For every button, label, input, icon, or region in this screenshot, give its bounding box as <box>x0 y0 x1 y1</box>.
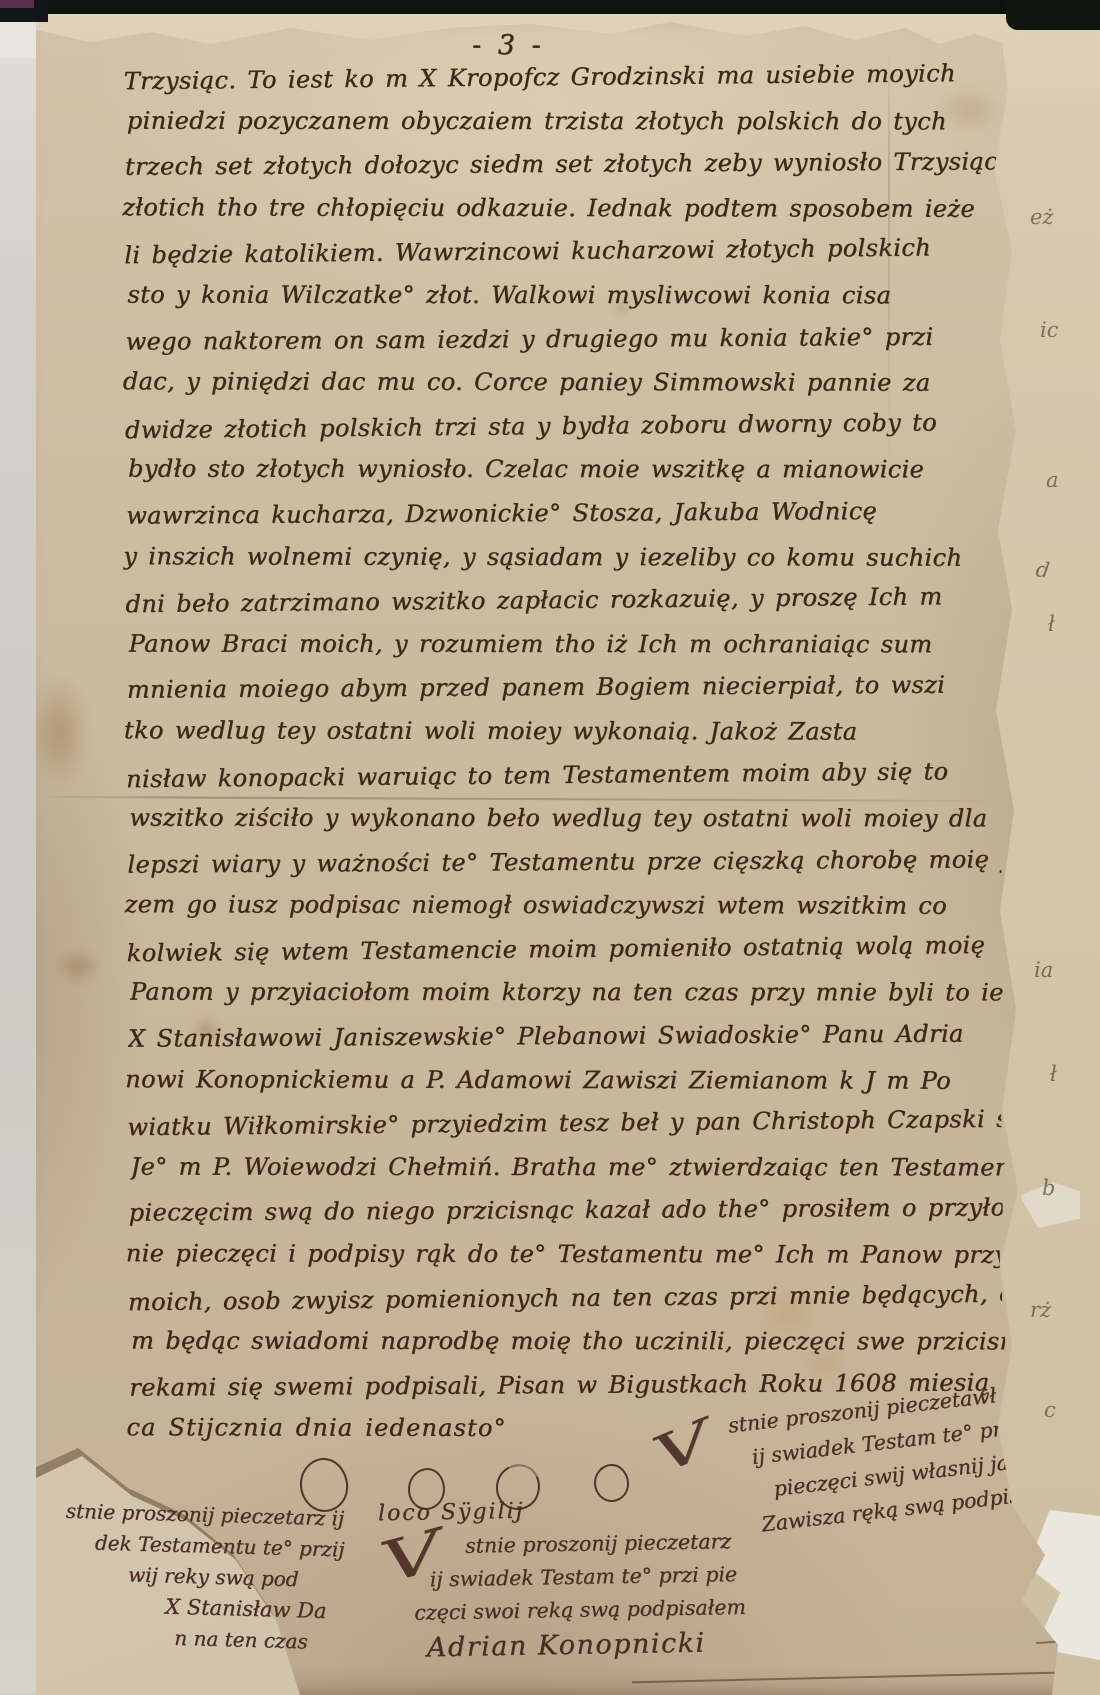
body-line: piniedzi pozyczanem obyczaiem trzista zł… <box>127 99 1001 143</box>
body-line: Trzysiąc. To iest ko m X Kropofcz Grodzi… <box>123 52 997 104</box>
body-line: dni beło zatrzimano wszitko zapłacic roz… <box>125 575 999 627</box>
body-line: złotich tho tre chłopięciu odkazuie. Ied… <box>122 186 996 231</box>
body-line: lepszi wiary y ważności te° Testamentu p… <box>127 838 1001 887</box>
body-line: wego naktorem on sam iezdzi y drugiego m… <box>125 315 999 364</box>
photo-dark-corner-right <box>1006 0 1100 30</box>
signature-line: ij swiadek Testam te° przi pie <box>429 1558 736 1596</box>
body-line: trzech set złotych dołozyc siedm set zło… <box>125 141 999 190</box>
loco-sigilli-label: loco Sÿgilij <box>378 1499 525 1527</box>
edge-text-fragment: ł <box>1050 1062 1057 1086</box>
body-line: nisław konopacki waruiąc to tem Testamen… <box>126 749 1000 801</box>
signature-block-left: stnie proszonij pieczetarz ijdek Testame… <box>62 1496 376 1660</box>
body-line: zem go iusz podpisac niemogł oswiadczyws… <box>124 884 998 929</box>
body-line: wawrzinca kucharza, Dzwonickie° Stosza, … <box>126 489 1000 538</box>
body-line: bydło sto złotych wyniosło. Czelac moie … <box>128 448 1002 492</box>
body-line: wszitko ziściło y wykonano beło wedlug t… <box>129 797 1003 841</box>
edge-text-fragment: a <box>1046 468 1059 492</box>
body-line: X Stanisławowi Janiszewskie° Plebanowi S… <box>128 1012 1002 1061</box>
edge-text-fragment: d <box>1034 557 1051 583</box>
body-line: wiatku Wiłkomirskie° przyiedzim tesz beł… <box>127 1098 1001 1150</box>
manuscript-page: - 3 - 7 Trzysiąc. To iest ko m X Kropofc… <box>0 0 1100 1695</box>
body-line: nie pieczęci i podpisy rąk do te° Testam… <box>126 1232 1000 1277</box>
edge-text-fragment: eż <box>1030 205 1054 229</box>
body-line: sto y konia Wilczatke° złot. Walkowi mys… <box>127 274 1001 318</box>
edge-text-fragment: rż <box>1030 1298 1051 1322</box>
body-line: Panow Braci moich, y rozumiem tho iż Ich… <box>129 622 1003 666</box>
body-line: mnienia moiego abym przed panem Bogiem n… <box>127 664 1001 713</box>
edge-text-fragment: ia <box>1034 958 1053 982</box>
body-line: y inszich wolnemi czynię, y sąsiadam y i… <box>123 535 997 580</box>
body-line: li będzie katolikiem. Wawrzincowi kuchar… <box>124 226 998 278</box>
body-line: moich, osob zwyisz pomienionych na ten c… <box>128 1272 1002 1324</box>
body-line: Panom y przyiaciołom moim ktorzy na ten … <box>130 971 1004 1015</box>
photo-dark-band <box>0 0 1100 14</box>
signature-block-center: V stnie proszonij pieczetarzij swiadek T… <box>395 1525 737 1664</box>
stain <box>28 676 90 788</box>
edge-text-fragment: ł <box>1048 612 1055 636</box>
body-line: tko wedlug tey ostatni woli moiey wykona… <box>124 709 998 754</box>
signature-name: Adrian Konopnicki <box>427 1627 737 1663</box>
body-line: dac, y piniędzi dac mu co. Corce paniey … <box>123 360 997 405</box>
body-line: kolwiek się wtem Testamencie moim pomien… <box>126 924 1000 976</box>
edge-text-fragment: b <box>1042 1176 1055 1200</box>
body-line: dwidze złotich polskich trzi sta y bydła… <box>125 401 999 453</box>
signature-line: n na ten czas <box>174 1623 373 1660</box>
body-line: nowi Konopnickiemu a P. Adamowi Zawiszi … <box>125 1058 999 1103</box>
stain <box>56 948 100 984</box>
photo-edge-fringe <box>0 0 34 8</box>
body-text: Trzysiąc. To iest ko m X Kropofcz Grodzi… <box>124 54 1003 1452</box>
edge-text-fragment: c <box>1044 1398 1056 1422</box>
edge-text-fragment: ic <box>1040 318 1058 342</box>
manuscript-photo: eżicadłiałbrżc - 3 - 7 Trzysiąc. To iest… <box>0 0 1100 1695</box>
body-line: Je° m P. Woiewodzi Chełmiń. Bratha me° z… <box>130 1145 1004 1189</box>
body-line: m będąc swiadomi naprodbę moię tho uczin… <box>131 1320 1005 1364</box>
body-line: pieczęcim swą do niego przicisnąc kazał … <box>128 1187 1002 1236</box>
signature-line: częci swoi reką swą podpisałem <box>414 1591 737 1630</box>
